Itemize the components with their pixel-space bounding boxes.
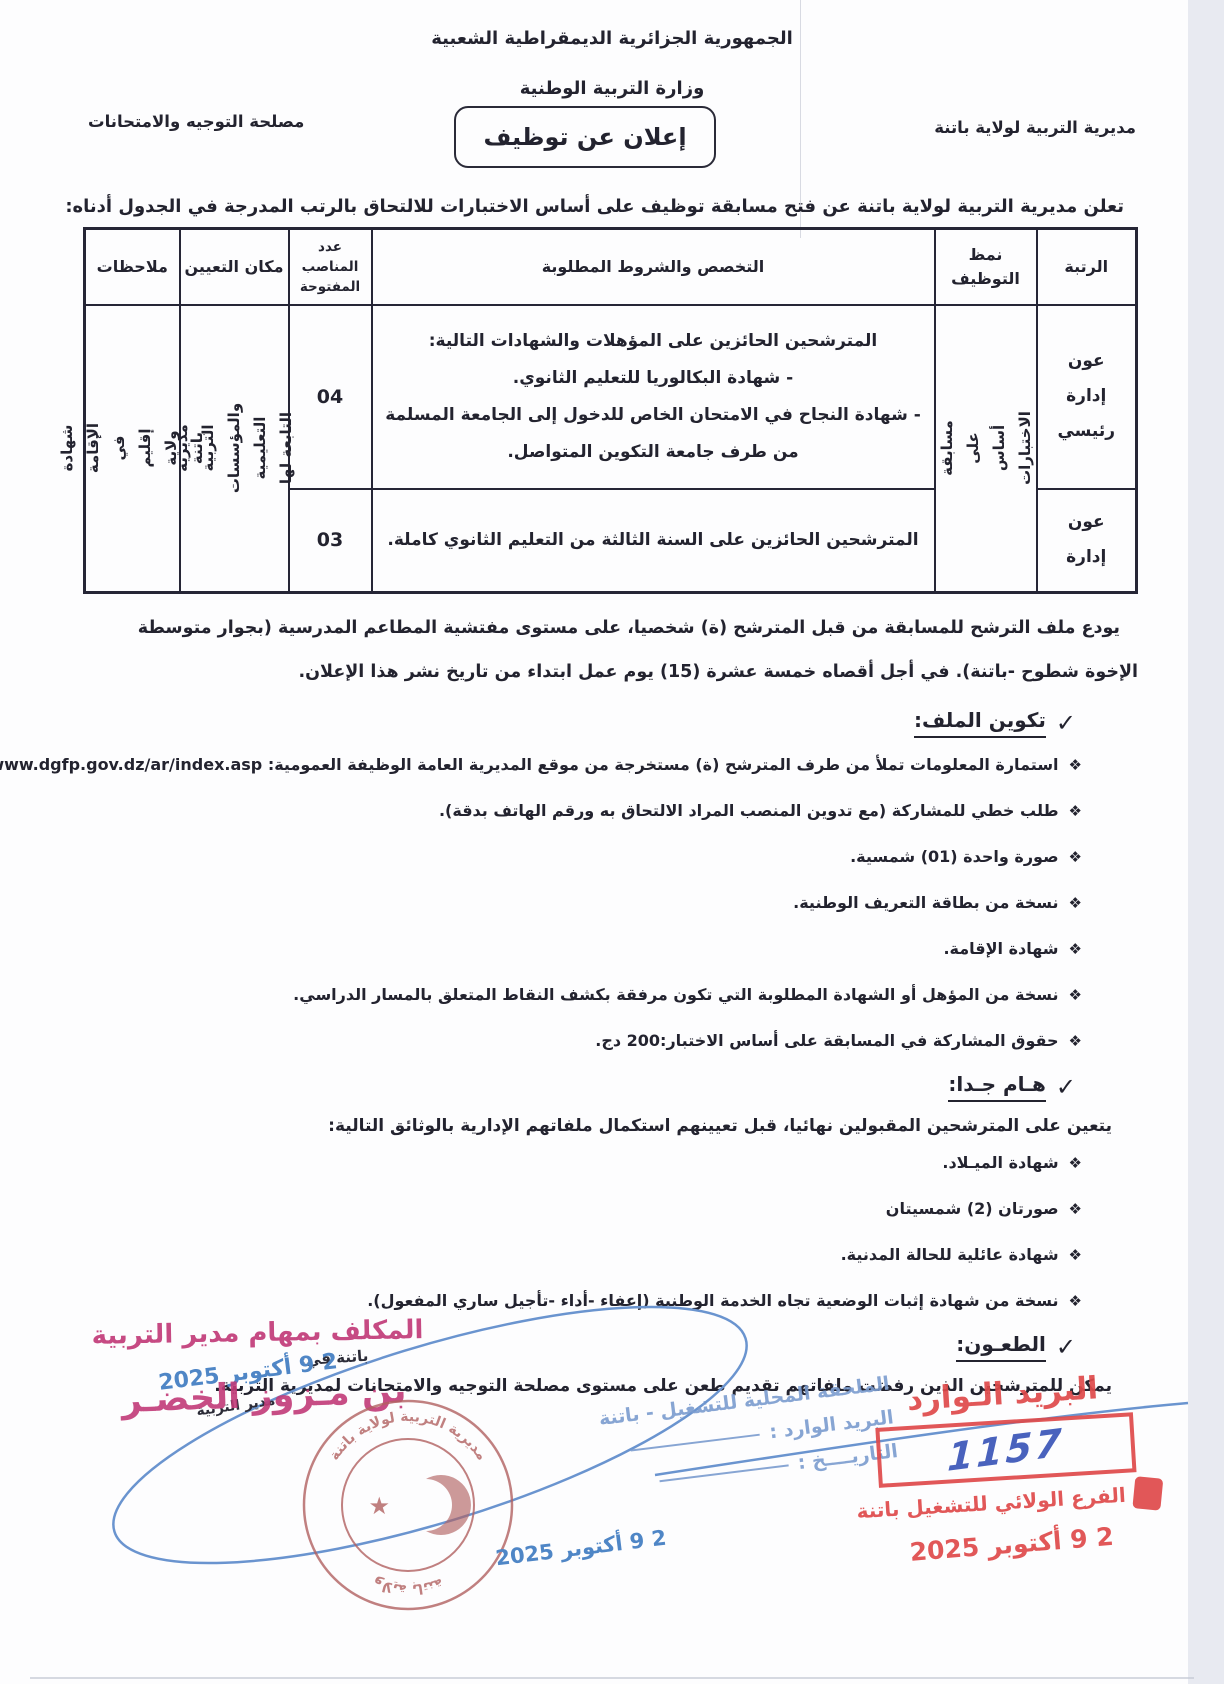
diamond-bullet-icon: ❖ (1069, 888, 1082, 918)
annex-date-line: التاريــــخ : (509, 1434, 900, 1515)
positions-table: الرتبة نمظ التوظيف التخصص والشروط المطلو… (83, 227, 1138, 594)
director-label: مدير التربية (195, 1393, 276, 1420)
list-item: ❖نسخة من شهادة إثبات الوضعية تجاه الخدمة… (86, 1286, 1082, 1316)
rank-cell-1: عون إدارة (1037, 489, 1137, 593)
diamond-bullet-icon: ❖ (1069, 980, 1082, 1010)
checkmark-icon: ✓ (1056, 1074, 1076, 1100)
requirements-cell-0: المترشحين الحائزين على المؤهلات والشهادا… (372, 305, 935, 489)
official-round-seal: مديرية التربية لولاية باتنة ولاية باتنة … (295, 1392, 521, 1618)
scan-bottom-line (30, 1677, 1194, 1679)
list-item: ❖صورة واحدة (01) شمسية. (86, 842, 1082, 872)
diamond-bullet-icon: ❖ (1069, 750, 1082, 780)
republic-title: الجمهورية الجزائرية الديمقراطية الشعبية (86, 28, 1138, 49)
requirements-cell-1: المترشحين الحائزين على السنة الثالثة من … (372, 489, 935, 593)
date-stamp-blue-mid: 2 9 أكتوبر 2025 (494, 1526, 667, 1571)
positions-cell-0: 04 (289, 305, 372, 489)
section-important-title: هـام جـدا: (948, 1072, 1046, 1102)
notes-rotated-text: شهادة الإقامة في إقليم ولاية باتنة (54, 423, 210, 473)
annex-mail-line: البريد الوارد : (504, 1400, 895, 1481)
col-header-notes: ملاحظات (85, 229, 180, 305)
diamond-bullet-icon: ❖ (1069, 1148, 1082, 1178)
annex-date-label: التاريــــخ : (797, 1440, 899, 1474)
blank-line (631, 1433, 760, 1451)
svg-text:ولاية باتنة: ولاية باتنة (371, 1574, 446, 1597)
mode-rotated-text: مسابقة على أساس الاختبارات (934, 411, 1038, 485)
col-header-requirements: التخصص والشروط المطلوبة (372, 229, 935, 305)
mail-number-handwritten: 1157 (947, 1420, 1066, 1480)
diamond-bullet-icon: ❖ (1069, 934, 1082, 964)
list-item: ❖حقوق المشاركة في المسابقة على أساس الاخ… (86, 1026, 1082, 1056)
mode-cell: مسابقة على أساس الاختبارات (935, 305, 1037, 593)
table-header-row: الرتبة نمظ التوظيف التخصص والشروط المطلو… (85, 229, 1137, 305)
section-file-title: تكوين الملف: (914, 708, 1046, 738)
announcement-title-box: إعلان عن توظيف (454, 106, 716, 168)
list-item: ❖شهادة الميـلاد. (86, 1148, 1082, 1178)
important-items-list: ❖شهادة الميـلاد. ❖صورتان (2) شمسيتان ❖شه… (86, 1148, 1138, 1316)
list-item: ❖نسخة من بطاقة التعريف الوطنية. (86, 888, 1082, 918)
deposit-line-1: يودع ملف الترشح للمسابقة من قبل المترشح … (86, 606, 1138, 650)
diamond-bullet-icon: ❖ (1069, 1286, 1082, 1316)
col-header-mode: نمظ التوظيف (935, 229, 1037, 305)
checkmark-icon: ✓ (1056, 1334, 1076, 1360)
rank-cell-0: عون إدارة رئيسي (1037, 305, 1137, 489)
list-item: ❖نسخة من المؤهل أو الشهادة المطلوبة التي… (86, 980, 1082, 1010)
document-header: الجمهورية الجزائرية الديمقراطية الشعبية … (86, 0, 1138, 192)
deposit-line-2: الإخوة شطوح -باتنة). في أجل أقصاه خمسة ع… (86, 650, 1138, 694)
seal-crescent (426, 1475, 471, 1535)
section-appeals-header: ✓ الطعـون: (86, 1332, 1138, 1362)
list-item: ❖طلب خطي للمشاركة (مع تدوين المنصب المرا… (86, 796, 1082, 826)
col-header-positions: عدد المناصب المفتوحة (289, 229, 372, 305)
checkmark-icon: ✓ (1056, 710, 1076, 736)
important-intro: يتعين على المترشحين المقبولين نهائيا، قب… (86, 1116, 1138, 1136)
deposit-paragraph: يودع ملف الترشح للمسابقة من قبل المترشح … (86, 606, 1138, 694)
ink-smudge (1132, 1476, 1163, 1511)
seal-top-text: مديرية التربية لولاية باتنة (326, 1409, 489, 1463)
seal-star: ★ (368, 1492, 390, 1520)
seal-bottom-text: ولاية باتنة (371, 1574, 446, 1597)
service-label: مصلحة التوجيه والامتحانات (88, 112, 304, 131)
diamond-bullet-icon: ❖ (1069, 1240, 1082, 1270)
section-important-header: ✓ هـام جـدا: (86, 1072, 1138, 1102)
diamond-bullet-icon: ❖ (1069, 1194, 1082, 1224)
diamond-bullet-icon: ❖ (1069, 796, 1082, 826)
incoming-mail-stamp: البريد الـوارد 1157 الفرع الولائي للتشغي… (833, 1366, 1182, 1569)
employment-branch-line: الفرع الولائي للتشغيل باتنة (839, 1476, 1178, 1529)
directorate-label: مديرية التربية لولاية باتنة (934, 118, 1136, 137)
positions-cell-1: 03 (289, 489, 372, 593)
date-stamp-red: 2 9 أكتوبر 2025 (842, 1517, 1181, 1572)
list-item: ❖شهادة الإقامة. (86, 934, 1082, 964)
intro-line: تعلن مديرية التربية لولاية باتنة عن فتح … (86, 196, 1138, 217)
blank-line (659, 1464, 788, 1482)
announcement-title: إعلان عن توظيف (483, 123, 686, 151)
col-header-rank: الرتبة (1037, 229, 1137, 305)
list-item: ❖شهادة عائلية للحالة المدنية. (86, 1240, 1082, 1270)
diamond-bullet-icon: ❖ (1069, 842, 1082, 872)
notes-cell: شهادة الإقامة في إقليم ولاية باتنة (85, 305, 180, 593)
ministry-title: وزارة التربية الوطنية (86, 78, 1138, 99)
table-row: عون إدارة رئيسي مسابقة على أساس الاختبار… (85, 305, 1137, 489)
employment-branch-label: الفرع الولائي للتشغيل باتنة (856, 1483, 1127, 1523)
appeals-intro: يمكن للمترشحين الذين رفضت ملفاتهم تقديم … (86, 1376, 1138, 1396)
section-file-header: ✓ تكوين الملف: (86, 708, 1138, 738)
mail-number-box: 1157 (875, 1412, 1136, 1488)
file-items-list: ❖استمارة المعلومات تملأ من طرف المترشح (… (86, 750, 1138, 1056)
scanned-job-announcement-page: الجمهورية الجزائرية الديمقراطية الشعبية … (0, 0, 1224, 1684)
diamond-bullet-icon: ❖ (1069, 1026, 1082, 1056)
document-content: الجمهورية الجزائرية الديمقراطية الشعبية … (0, 0, 1224, 1396)
list-item: ❖استمارة المعلومات تملأ من طرف المترشح (… (86, 750, 1082, 780)
col-header-location: مكان التعيين (180, 229, 289, 305)
section-appeals-title: الطعـون: (956, 1332, 1046, 1362)
list-item: ❖صورتان (2) شمسيتان (86, 1194, 1082, 1224)
svg-text:مديرية التربية لولاية باتنة: مديرية التربية لولاية باتنة (326, 1409, 489, 1463)
annex-mail-label: البريد الوارد : (768, 1406, 895, 1443)
